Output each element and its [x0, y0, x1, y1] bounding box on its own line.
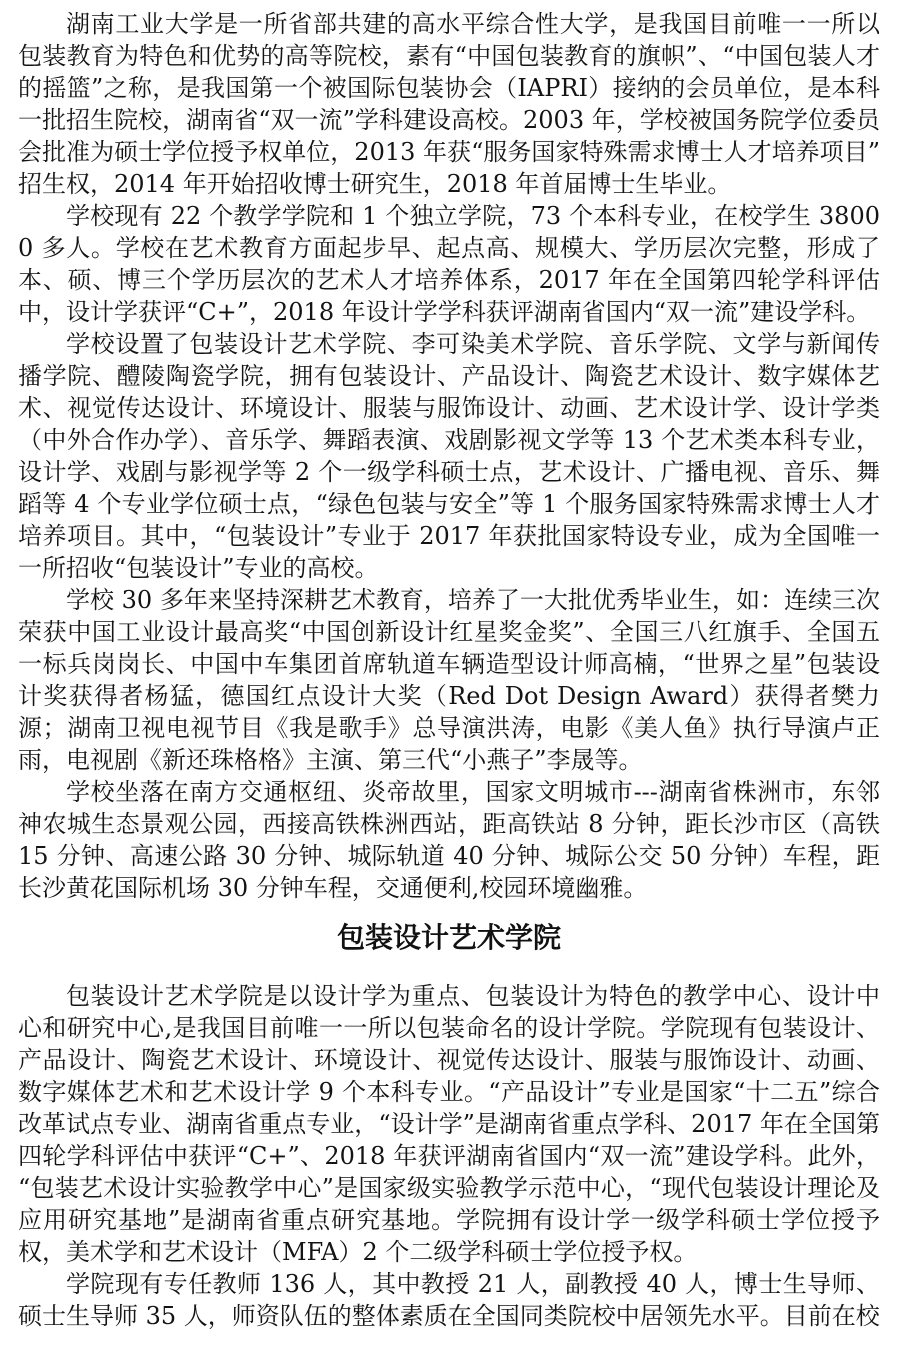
section-heading-packaging-design-college: 包装设计艺术学院 [18, 918, 880, 958]
section-paragraph-faculty: 学院现有专任教师 136 人，其中教授 21 人，副教授 40 人，博士生导师、… [18, 1268, 880, 1332]
intro-paragraph-university-overview: 湖南工业大学是一所省部共建的高水平综合性大学，是我国目前唯一一所以包装教育为特色… [18, 8, 880, 200]
section-paragraph-college-overview: 包装设计艺术学院是以设计学为重点、包装设计为特色的教学中心、设计中心和研究中心,… [18, 980, 880, 1268]
document-page: 湖南工业大学是一所省部共建的高水平综合性大学，是我国目前唯一一所以包装教育为特色… [0, 0, 898, 1363]
intro-paragraph-colleges-and-majors: 学校设置了包装设计艺术学院、李可染美术学院、音乐学院、文学与新闻传播学院、醴陵陶… [18, 328, 880, 584]
document-body: 湖南工业大学是一所省部共建的高水平综合性大学，是我国目前唯一一所以包装教育为特色… [18, 8, 880, 1332]
intro-paragraph-location: 学校坐落在南方交通枢纽、炎帝故里，国家文明城市---湖南省株洲市，东邻神农城生态… [18, 776, 880, 904]
intro-paragraph-schools-and-students: 学校现有 22 个教学学院和 1 个独立学院，73 个本科专业，在校学生 380… [18, 200, 880, 328]
intro-paragraph-notable-alumni: 学校 30 多年来坚持深耕艺术教育，培养了一大批优秀毕业生，如：连续三次荣获中国… [18, 584, 880, 776]
